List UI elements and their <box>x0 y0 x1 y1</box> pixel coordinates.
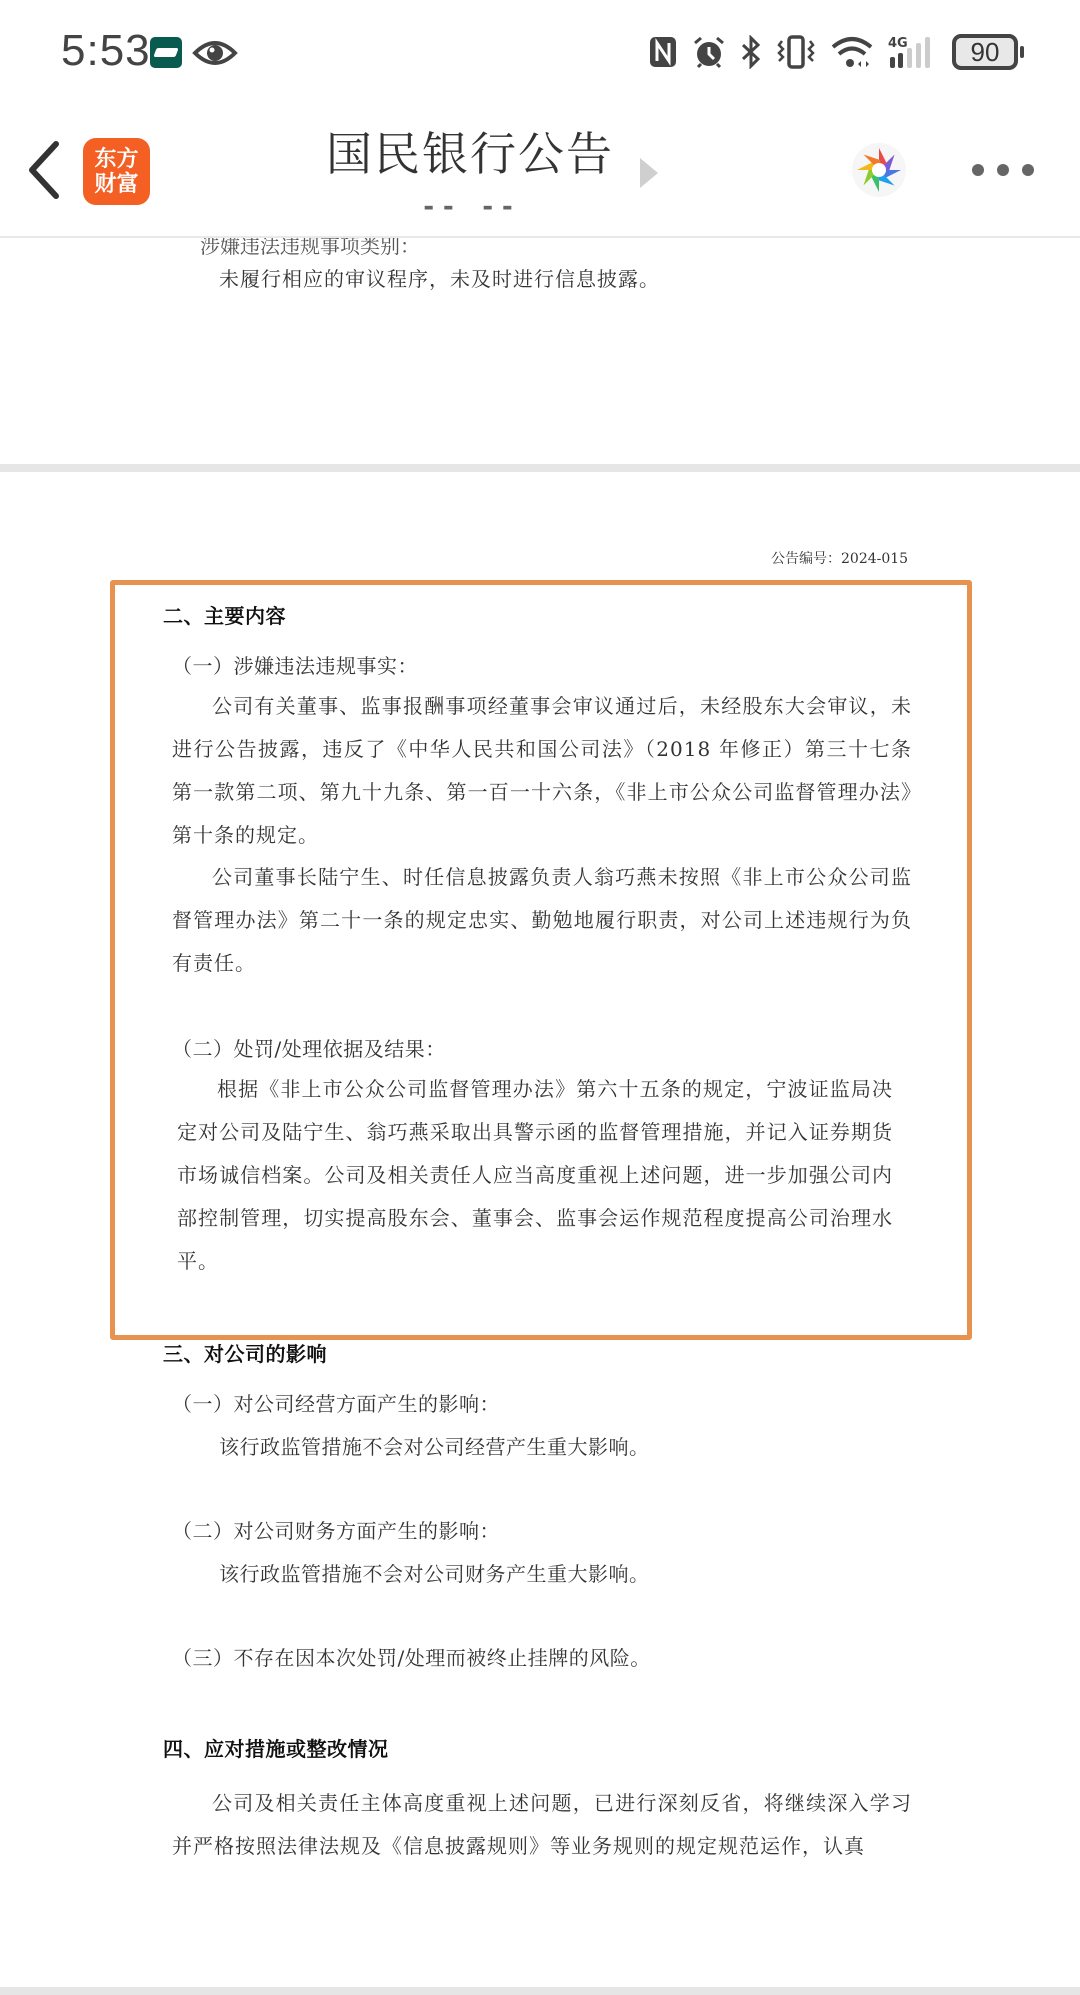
section3-sub2-text: 该行政监管措施不会对公司财务产生重大影响。 <box>219 1558 650 1587</box>
page-divider-bottom <box>0 1987 1080 1995</box>
clipped-text-line: 涉嫌违法违规事项类别： <box>200 238 420 259</box>
section2-heading: 二、主要内容 <box>163 600 286 629</box>
section3-sub1-title: （一）对公司经营方面产生的影响： <box>172 1388 500 1417</box>
status-time: 5:53 <box>61 26 151 76</box>
page-subtitle: -- -- <box>400 192 540 222</box>
section4-heading: 四、应对措施或整改情况 <box>163 1733 389 1762</box>
page1-text-line: 未履行相应的审议程序，未及时进行信息披露。 <box>219 263 660 292</box>
app-notification-icon <box>150 37 182 68</box>
eye-icon <box>192 37 238 69</box>
bluetooth-icon <box>740 35 762 69</box>
vibrate-icon <box>776 35 816 69</box>
section2-sub1-para2: 公司董事长陆宁生、时任信息披露负责人翁巧燕未按照《非上市公众公司监督管理办法》第… <box>172 856 912 985</box>
section2-sub1-title: （一）涉嫌违法违规事实： <box>172 650 418 679</box>
dot-icon <box>1022 164 1034 176</box>
section2-sub2-title: （二）处罚/处理依据及结果： <box>172 1033 446 1062</box>
4g-signal-icon: 4G <box>888 35 938 69</box>
section2-sub1-para1: 公司有关董事、监事报酬事项经董事会审议通过后，未经股东大会审议，未进行公告披露，… <box>172 685 912 857</box>
document-number: 公告编号：2024-015 <box>771 548 908 568</box>
dot-icon <box>997 164 1009 176</box>
play-triangle-icon[interactable] <box>640 158 658 188</box>
alarm-icon <box>692 35 726 69</box>
logo-text-line1: 东方 <box>94 147 138 172</box>
page-title: 国民银行公告 <box>290 118 650 184</box>
svg-text:4G: 4G <box>888 36 908 51</box>
back-button[interactable] <box>22 138 66 202</box>
app-logo[interactable]: 东方 财富 <box>83 138 150 205</box>
section2-sub2-para: 根据《非上市公众公司监督管理办法》第六十五条的规定，宁波证监局决定对公司及陆宁生… <box>177 1068 893 1283</box>
logo-text-line2: 财富 <box>94 172 138 197</box>
wifi-icon <box>830 35 874 69</box>
section3-sub2-title: （二）对公司财务方面产生的影响： <box>172 1515 500 1544</box>
status-icons: 4G 90 <box>648 32 1018 72</box>
section3-sub1-text: 该行政监管措施不会对公司经营产生重大影响。 <box>219 1431 650 1460</box>
app-header: 东方 财富 国民银行公告 -- -- <box>0 100 1080 238</box>
section3-heading: 三、对公司的影响 <box>163 1338 327 1367</box>
status-bar: 5:53 4G <box>0 0 1080 100</box>
nfc-icon <box>648 35 678 69</box>
dot-icon <box>972 164 984 176</box>
battery-indicator: 90 <box>952 34 1018 70</box>
document-viewer[interactable]: 涉嫌违法违规事项类别： 未履行相应的审议程序，未及时进行信息披露。 公告编号：2… <box>0 238 1080 1995</box>
section4-para: 公司及相关责任主体高度重视上述问题，已进行深刻反省，将继续深入学习并严格按照法律… <box>172 1782 912 1868</box>
color-aperture-button[interactable] <box>852 143 906 197</box>
page-divider <box>0 464 1080 472</box>
more-options-button[interactable] <box>972 158 1034 182</box>
section3-sub3-title: （三）不存在因本次处罚/处理而被终止挂牌的风险。 <box>172 1642 651 1671</box>
color-aperture-icon <box>855 146 903 194</box>
